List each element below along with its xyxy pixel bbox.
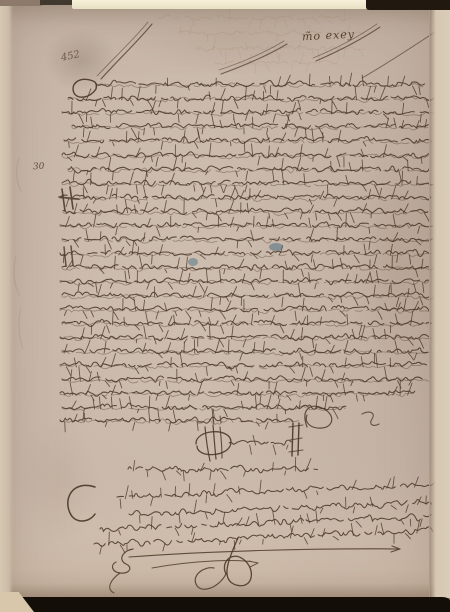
scan-edge-top-cream-strip — [72, 0, 368, 9]
handwriting-svg — [0, 0, 450, 612]
scan-corner-top-right-dark — [366, 0, 450, 10]
scan-edge-bottom-dark — [0, 597, 450, 612]
folio-number: m̃o exey — [302, 28, 356, 44]
page-scan: m̃o exey 452 30 — [0, 0, 450, 612]
scan-edge-top-left-paper — [0, 0, 42, 6]
closing-paragraph — [94, 477, 435, 554]
signature-rubric — [128, 416, 324, 481]
scan-edge-right — [429, 9, 450, 598]
scan-edge-left — [0, 4, 13, 598]
main-text-block — [59, 73, 435, 521]
margin-annotation-mid: 30 — [33, 162, 45, 173]
scan-edge-top-left-dark — [40, 0, 74, 5]
